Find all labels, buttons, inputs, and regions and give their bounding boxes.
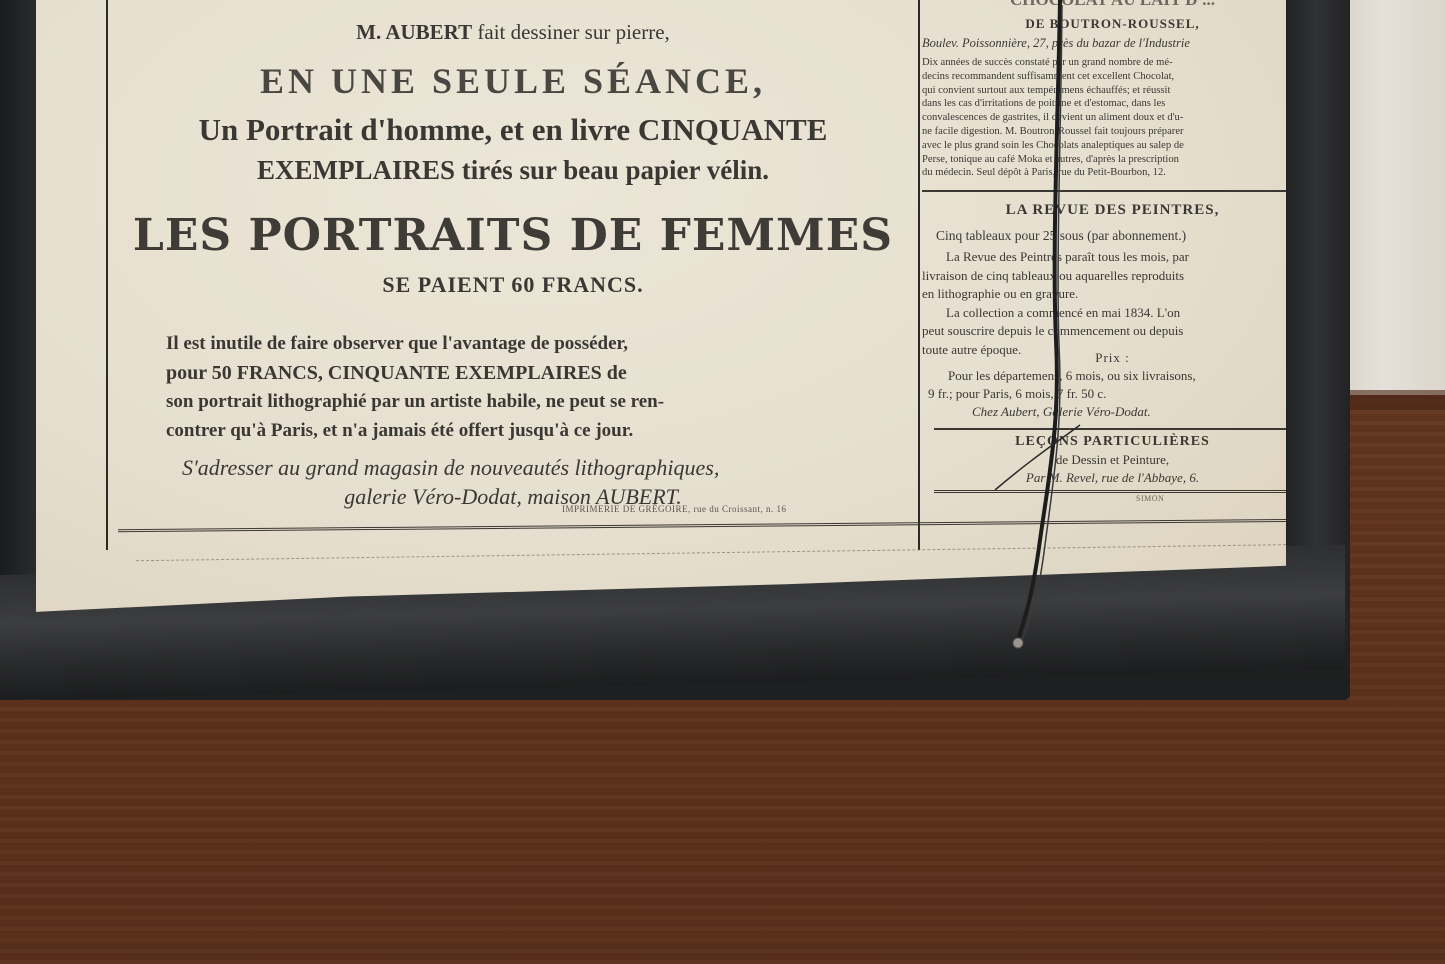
chocolat-body-line: dans les cas d'irritations de poitrine e…: [922, 97, 1184, 111]
right-advertisements: CHOCOLAT AU LAIT D'... DE BOUTRON-ROUSSE…: [916, 0, 1311, 500]
revue-body-line: La Revue des Peintres paraît tous les mo…: [922, 248, 1189, 267]
prix-label: Prix :: [916, 350, 1309, 366]
headline-seule-seance: EN UNE SEULE SÉANCE,: [108, 60, 918, 102]
address-line-1: S'adresser au grand magasin de nouveauté…: [182, 455, 719, 481]
aubert-intro-rest: fait dessiner sur pierre,: [477, 20, 669, 44]
chocolat-body-line: avec le plus grand soin les Chocolats an…: [922, 139, 1184, 153]
lecons-line-1: de Dessin et Peinture,: [916, 452, 1309, 468]
headline-portraits-femmes: LES PORTRAITS DE FEMMES: [108, 210, 918, 261]
revue-title: LA REVUE DES PEINTRES,: [916, 202, 1309, 219]
portrait-homme-line: Un Portrait d'homme, et en livre CINQUAN…: [108, 112, 918, 148]
body-line-1: Il est inutile de faire observer que l'a…: [166, 333, 628, 355]
revue-where: Chez Aubert, Galerie Véro-Dodat.: [972, 404, 1151, 420]
revue-body-line: La collection a commencé en mai 1834. L'…: [922, 304, 1189, 323]
background-wall: [1340, 0, 1445, 395]
chocolat-body-line: ne facile digestion. M. Boutron-Roussel …: [922, 125, 1184, 139]
aubert-name: M. AUBERT: [356, 20, 472, 44]
revue-body-line: livraison de cinq tableaux ou aquarelles…: [922, 267, 1189, 286]
body-line-4: contrer qu'à Paris, et n'a jamais été of…: [166, 420, 633, 442]
chocolat-maker: DE BOUTRON-ROUSSEL,: [916, 16, 1309, 32]
section-divider: [922, 190, 1302, 192]
lecons-line-2: Par M. Revel, rue de l'Abbaye, 6.: [916, 470, 1309, 486]
printer-signature: SIMON: [1136, 494, 1164, 503]
revue-body-line: peut souscrire depuis le commencement ou…: [922, 322, 1189, 341]
prix-line-1: Pour les départemens, 6 mois, ou six liv…: [948, 368, 1196, 384]
chocolat-body-line: Perse, tonique au café Moka et autres, d…: [922, 153, 1184, 167]
chocolat-address: Boulev. Poissonnière, 27, près du bazar …: [922, 36, 1190, 51]
exemplaires-line: EXEMPLAIRES tirés sur beau papier vélin.: [108, 155, 918, 186]
body-line-2: pour 50 FRANCS, CINQUANTE EXEMPLAIRES de: [166, 362, 627, 385]
price-line: SE PAIENT 60 FRANCS.: [108, 272, 918, 298]
chocolat-body-line: decins recommandent suffisamment cet exc…: [922, 70, 1184, 84]
body-line-3: son portrait lithographié par un artiste…: [166, 391, 664, 413]
revue-subtitle: Cinq tableaux pour 25 sous (par abonneme…: [936, 228, 1186, 244]
chocolat-body-line: qui convient surtout aux tempéramens éch…: [922, 84, 1184, 98]
aubert-advertisement: M. AUBERT fait dessiner sur pierre, EN U…: [106, 0, 920, 550]
chocolat-body-line: convalescences de gastrites, il devient …: [922, 111, 1184, 125]
lecons-title: LEÇONS PARTICULIÈRES: [916, 434, 1309, 450]
chocolat-title: CHOCOLAT AU LAIT D'...: [916, 0, 1309, 10]
address-line-2: galerie Véro-Dodat, maison AUBERT.: [108, 484, 918, 510]
revue-body: La Revue des Peintres paraît tous les mo…: [922, 248, 1189, 359]
chocolat-body-line: du médecin. Seul dépôt à Paris, rue du P…: [922, 166, 1184, 180]
section-divider: [934, 428, 1294, 430]
chocolat-body-line: Dix années de succès constaté par un gra…: [922, 56, 1184, 70]
revue-body-line: en lithographie ou en gravure.: [922, 285, 1189, 304]
chocolat-body: Dix années de succès constaté par un gra…: [922, 56, 1184, 180]
aubert-intro: M. AUBERT fait dessiner sur pierre,: [108, 20, 918, 45]
printer-imprint: IMPRIMERIE DE GRÉGOIRE, rue du Croissant…: [562, 504, 787, 514]
newspaper-page: M. AUBERT fait dessiner sur pierre, EN U…: [36, 0, 1286, 615]
section-divider: [934, 490, 1294, 493]
prix-line-2: 9 fr.; pour Paris, 6 mois, 7 fr. 50 c.: [928, 386, 1106, 402]
